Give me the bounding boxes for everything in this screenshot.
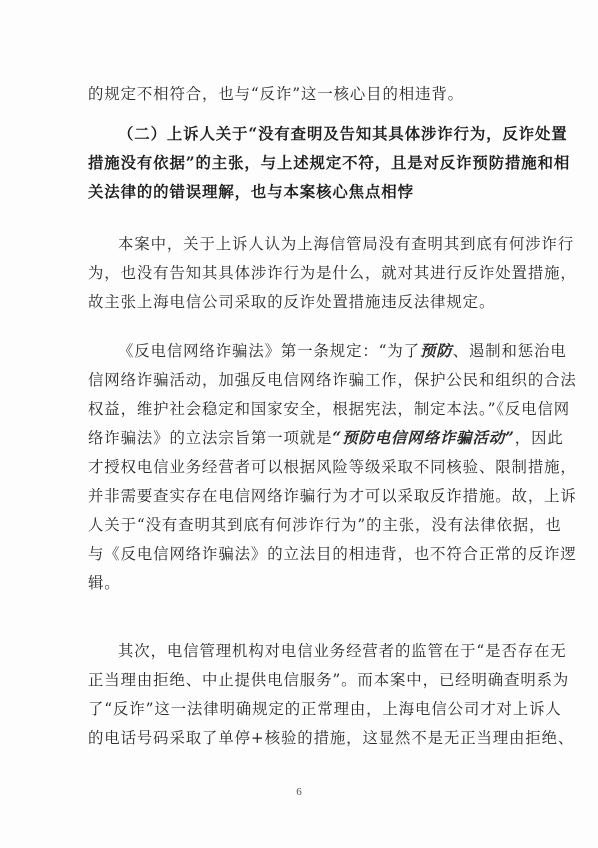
paragraph-line: 为，也没有告知其具体涉诈行为是什么，就对其进行反诈处置措施，: [88, 263, 514, 283]
paragraph-line: 其次，电信管理机构对电信业务经营者的监管在于“是否存在无: [118, 641, 514, 661]
paragraph-line: 才授权电信业务经营者可以根据风险等级采取不同核验、限制措施，: [88, 457, 514, 477]
paragraph-line: 《反电信网络诈骗法》第一条规定：“为了预防、遏制和惩治电: [118, 341, 514, 361]
paragraph-line: 并非需要查实存在电信网络诈骗行为才可以采取反诈措施。故，上诉: [88, 486, 514, 506]
text-segment: 络诈骗法》的立法宗旨第一项就是: [88, 429, 332, 447]
document-page: 的规定不相符合，也与“反诈”这一核心目的相违背。 （二）上诉人关于“没有查明及告…: [0, 0, 598, 848]
paragraph-line: 本案中，关于上诉人认为上海信管局没有查明其到底有何涉诈行: [118, 234, 514, 254]
paragraph-line: 辑。: [88, 573, 514, 593]
paragraph-line: 权益，维护社会稳定和国家安全，根据宪法，制定本法。”《反电信网: [88, 399, 514, 419]
text-segment: 、遏制和惩治电: [453, 342, 567, 360]
emphasized-text: “预防电信网络诈骗活动”: [332, 429, 514, 447]
text-segment: ，因此: [515, 429, 564, 447]
paragraph-line: 络诈骗法》的立法宗旨第一项就是“预防电信网络诈骗活动”，因此: [88, 428, 514, 448]
paragraph-line: 人关于“没有查明其到底有何涉诈行为”的主张，没有法律依据，也: [88, 515, 514, 535]
paragraph-line: 正当理由拒绝、中止提供电信服务”。而本案中，已经明确查明系为: [88, 670, 514, 690]
paragraph-line: 的电话号码采取了单停+核验的措施，这显然不是无正当理由拒绝、: [88, 728, 514, 748]
page-number: 6: [0, 786, 598, 798]
paragraph-line: 了“反诈”这一法律明确规定的正常理由，上海电信公司才对上诉人: [88, 699, 514, 719]
text-segment: 《反电信网络诈骗法》第一条规定：“为了: [118, 342, 420, 360]
emphasized-text: 预防: [420, 342, 453, 360]
paragraph-line: 信网络诈骗活动，加强反电信网络诈骗工作，保护公民和组织的合法: [88, 370, 514, 390]
paragraph-line: 与《反电信网络诈骗法》的立法目的相违背，也不符合正常的反诈逻: [88, 544, 514, 564]
section-heading-line: 关法律的的错误理解，也与本案核心焦点相悖: [88, 182, 514, 202]
section-heading-line: （二）上诉人关于“没有查明及告知其具体涉诈行为，反诈处置: [118, 124, 514, 144]
section-heading-line: 措施没有依据”的主张，与上述规定不符，且是对反诈预防措施和相: [88, 153, 514, 173]
paragraph-line: 的规定不相符合，也与“反诈”这一核心目的相违背。: [88, 84, 514, 104]
paragraph-line: 故主张上海电信公司采取的反诈处置措施违反法律规定。: [88, 292, 514, 312]
